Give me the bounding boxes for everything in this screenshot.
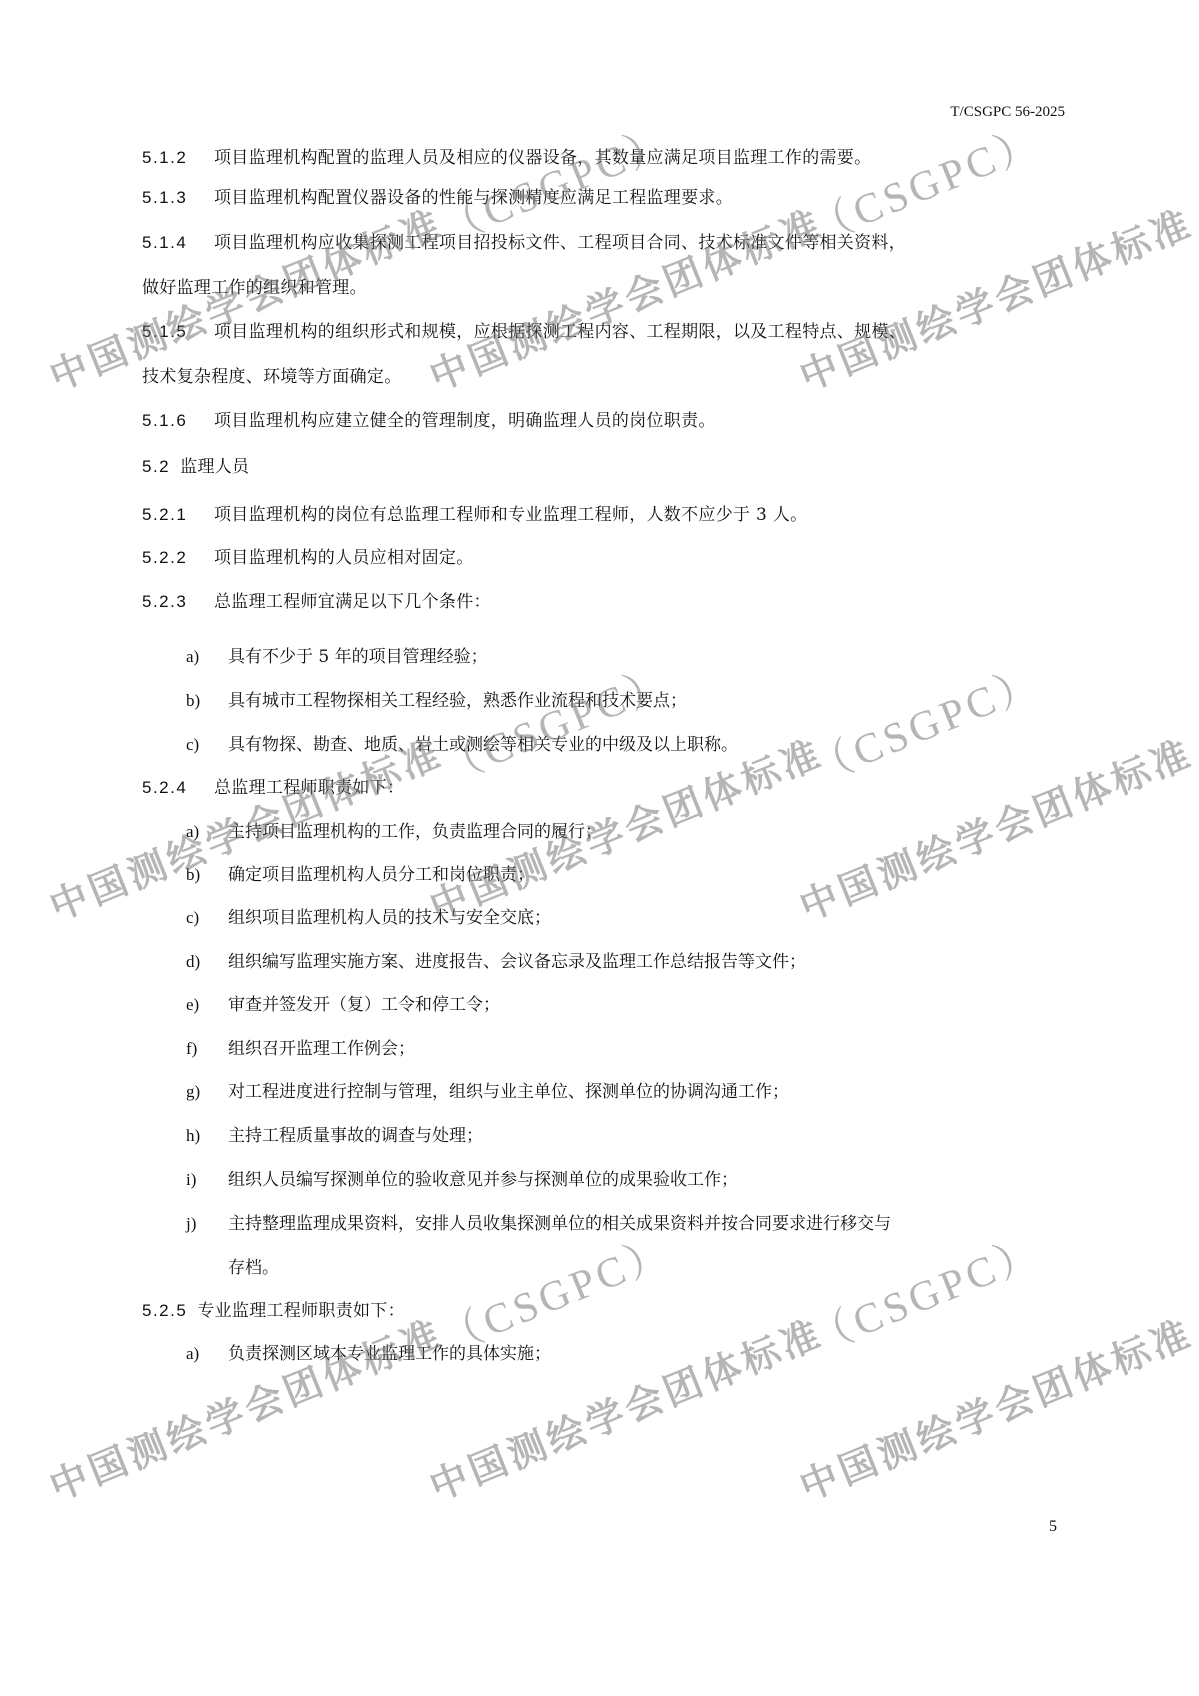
duty-item: j)主持整理监理成果资料，安排人员收集探测单位的相关成果资料并按合同要求进行移交… bbox=[186, 1212, 891, 1236]
duty-item: e)审查并签发开（复）工令和停工令； bbox=[186, 993, 500, 1017]
clause-5-2-2: 5.2.2项目监理机构的人员应相对固定。 bbox=[142, 546, 474, 570]
clause-5-1-5-cont: 技术复杂程度、环境等方面确定。 bbox=[142, 365, 402, 389]
condition-item: b)具有城市工程物探相关工程经验，熟悉作业流程和技术要点； bbox=[186, 689, 687, 713]
duty-item: h)主持工程质量事故的调查与处理； bbox=[186, 1124, 483, 1148]
section-heading-5-2: 5.2监理人员 bbox=[142, 455, 249, 479]
duty-item: d)组织编写监理实施方案、进度报告、会议备忘录及监理工作总结报告等文件； bbox=[186, 950, 806, 974]
duty-item: i)组织人员编写探测单位的验收意见并参与探测单位的成果验收工作； bbox=[186, 1168, 738, 1192]
duty-item: f)组织召开监理工作例会； bbox=[186, 1037, 415, 1061]
duty-item-cont: 存档。 bbox=[228, 1256, 279, 1280]
watermark: 中国测绘学会团体标准 bbox=[420, 1303, 830, 1511]
watermark: 中国测绘学会团体标准 bbox=[40, 1303, 450, 1511]
condition-item: a)具有不少于 5 年的项目管理经验； bbox=[186, 645, 488, 669]
watermark: 中国测绘学会团体标准 bbox=[790, 1303, 1199, 1511]
duty-item: c)组织项目监理机构人员的技术与安全交底； bbox=[186, 906, 551, 930]
duty-item: b)确定项目监理机构人员分工和岗位职责； bbox=[186, 863, 534, 887]
watermark-paren: （CSGPC） bbox=[430, 648, 680, 795]
watermark: 中国测绘学会团体标准 bbox=[420, 193, 830, 401]
duty-item: a)主持项目监理机构的工作，负责监理合同的履行； bbox=[186, 820, 602, 844]
clause-5-2-1: 5.2.1项目监理机构的岗位有总监理工程师和专业监理工程师，人数不应少于 3 人… bbox=[142, 503, 807, 527]
clause-5-1-5: 5.1.5项目监理机构的组织形式和规模，应根据探测工程内容、工程期限，以及工程特… bbox=[142, 320, 906, 344]
watermark-paren: （CSGPC） bbox=[800, 648, 1050, 795]
watermark: 中国测绘学会团体标准 bbox=[790, 193, 1199, 401]
clause-5-1-2: 5.1.2项目监理机构配置的监理人员及相应的仪器设备，其数量应满足项目监理工作的… bbox=[142, 146, 871, 170]
duty-item: g)对工程进度进行控制与管理，组织与业主单位、探测单位的协调沟通工作； bbox=[186, 1080, 789, 1104]
duty-item: a)负责探测区域本专业监理工作的具体实施； bbox=[186, 1342, 551, 1366]
clause-5-1-3: 5.1.3项目监理机构配置仪器设备的性能与探测精度应满足工程监理要求。 bbox=[142, 186, 733, 210]
clause-5-1-6: 5.1.6项目监理机构应建立健全的管理制度，明确监理人员的岗位职责。 bbox=[142, 409, 716, 433]
clause-5-2-4: 5.2.4总监理工程师职责如下： bbox=[142, 776, 404, 800]
clause-5-1-4: 5.1.4项目监理机构应收集探测工程项目招投标文件、工程项目合同、技术标准文件等… bbox=[142, 231, 906, 255]
clause-5-2-5: 5.2.5专业监理工程师职责如下： bbox=[142, 1299, 405, 1323]
watermark: 中国测绘学会团体标准 bbox=[790, 723, 1199, 931]
clause-5-2-3: 5.2.3总监理工程师宜满足以下几个条件： bbox=[142, 590, 491, 614]
condition-item: c)具有物探、勘查、地质、岩土或测绘等相关专业的中级及以上职称。 bbox=[186, 733, 738, 757]
clause-5-1-4-cont: 做好监理工作的组织和管理。 bbox=[142, 276, 367, 300]
standard-code: T/CSGPC 56-2025 bbox=[950, 104, 1065, 121]
watermark-paren: （CSGPC） bbox=[800, 1218, 1050, 1365]
page-number: 5 bbox=[1049, 1518, 1057, 1536]
